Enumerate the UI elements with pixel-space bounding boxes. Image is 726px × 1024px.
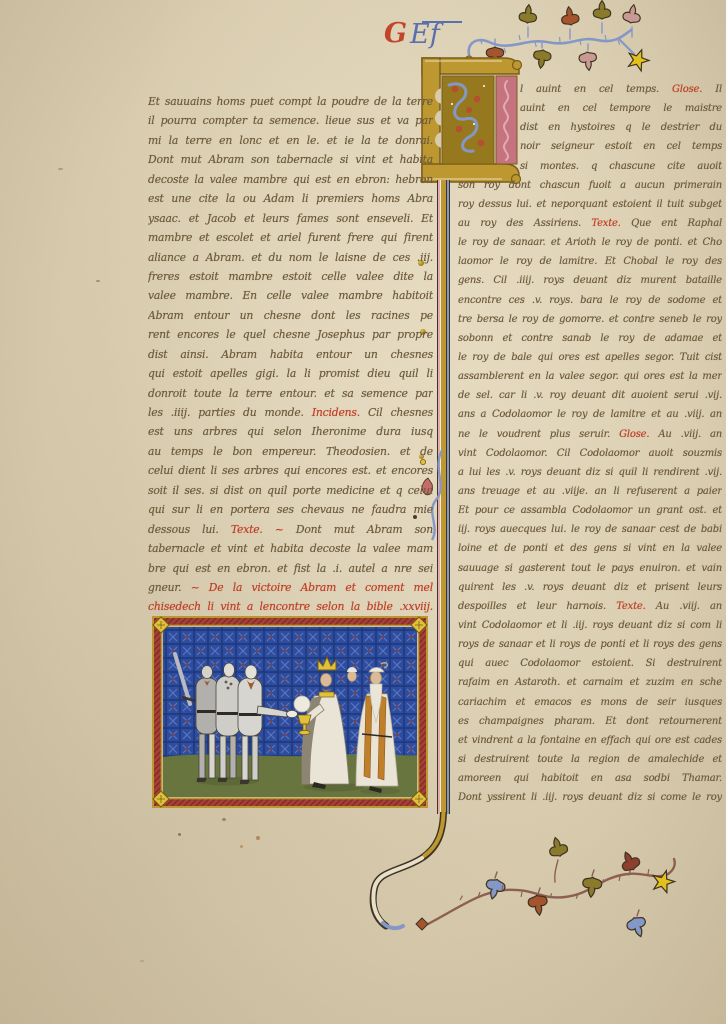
text-line: rafaim en Astaroth. et carnaim et zuzim … bbox=[458, 673, 722, 692]
text-segment: Et pour ce assambla Codolaomor un grant … bbox=[458, 505, 722, 520]
text-segment: Au .viij. an bbox=[649, 429, 722, 440]
ivy-leaf-icon bbox=[581, 876, 602, 898]
text-line: mi la terre en lonc et en le. et ie la t… bbox=[148, 131, 433, 150]
text-segment: le roy de bale qui ores est apelles sego… bbox=[458, 352, 722, 363]
ivy-leaf-icon bbox=[546, 835, 568, 858]
text-line: loine et de ponti et des gens si vint en… bbox=[458, 539, 722, 558]
rubric-segment: Texte. bbox=[591, 218, 620, 229]
text-line: il pourra compter ta semence. lieue sus … bbox=[148, 111, 433, 130]
text-line: est uns arbres qui selon Iheronime dura … bbox=[148, 422, 433, 441]
text-line: Et pour ce assambla Codolaomor un grant … bbox=[458, 501, 722, 520]
text-line: roy dessus lui. et neporquant estoient i… bbox=[458, 195, 722, 214]
text-line: gens. Cil .iiij. roys deuant diz murent … bbox=[458, 271, 722, 290]
parchment-speck bbox=[178, 833, 181, 836]
text-line: decoste la valee mambre qui est en ebron… bbox=[148, 170, 433, 189]
text-segment: est uns arbres qui selon Iheronime dura … bbox=[148, 425, 433, 438]
text-line: mambre et escolet et ariel furent frere … bbox=[148, 228, 433, 247]
thorn-tick bbox=[602, 879, 604, 884]
parchment-speck bbox=[140, 960, 144, 962]
text-segment: roys de sanaar et li roys de ponti et li… bbox=[458, 639, 722, 650]
text-line: vint Codolaomor. Cil Codolaomor auoit so… bbox=[458, 444, 722, 463]
text-segment: es champaignes pharam. Et dont retourner… bbox=[458, 716, 722, 727]
text-line: celui dient li ses arbres qui encores es… bbox=[148, 461, 433, 480]
text-line: sauuage si gasterent tout le pays enuiro… bbox=[458, 559, 722, 578]
text-segment: mambre et escolet et ariel furent frere … bbox=[148, 231, 433, 244]
text-segment: dist en hystoires q le destrier du bbox=[520, 122, 722, 133]
text-segment: valee mambre. En celle valee mambre habi… bbox=[148, 289, 433, 302]
text-segment: roy dessus lui. et neporquant estoient i… bbox=[458, 199, 722, 210]
vine-stem bbox=[373, 858, 422, 923]
thorn-tick bbox=[504, 48, 506, 53]
text-segment: gneur. bbox=[148, 581, 191, 594]
ivy-leaf-icon bbox=[532, 49, 552, 70]
text-segment: amoreen qui habitoit en asa sodbi Thamar… bbox=[458, 773, 722, 784]
text-line: es champaignes pharam. Et dont retourner… bbox=[458, 712, 722, 731]
text-line: dist en hystoires q le destrier du bbox=[458, 118, 722, 137]
text-segment: noir seigneur estoit en cel temps bbox=[520, 141, 722, 152]
text-line: qui auec Codolaomor estoient. Si destrui… bbox=[458, 654, 722, 673]
text-segment: ysaac. et Jacob et leurs fames sont ense… bbox=[148, 212, 433, 225]
ivy-leaf-icon bbox=[560, 6, 580, 27]
text-segment: est une cite la ou Adam li premiers homs… bbox=[148, 192, 433, 205]
text-segment: vint Codolaomor et li .iij. roys deuant … bbox=[458, 620, 722, 631]
text-line: a lui les .v. roys deuant diz si quil li… bbox=[458, 463, 722, 482]
text-segment: cariachim et emacos es mons de seir iusq… bbox=[458, 697, 722, 708]
text-segment: les .iiij. parties du monde. bbox=[148, 406, 312, 419]
text-segment: qui auec Codolaomor estoient. Si destrui… bbox=[458, 658, 722, 669]
text-line: dessous lui. Texte. ~ Dont mut Abram son bbox=[148, 520, 433, 539]
text-segment: freres estoit mambre estoit celle valee … bbox=[148, 270, 433, 283]
text-segment: qui estoit apelles gigi. la li promist d… bbox=[148, 367, 433, 380]
text-column-right: l auint en cel temps. Glose. Ilauint en … bbox=[458, 80, 722, 807]
text-line: cariachim et emacos es mons de seir iusq… bbox=[458, 693, 722, 712]
ivy-leaf-icon bbox=[527, 894, 548, 916]
text-segment: au temps le bon empereur. Theodosien. et… bbox=[148, 445, 433, 458]
thorn-tick bbox=[605, 35, 606, 40]
text-segment: dessous lui. bbox=[148, 523, 231, 536]
text-line: freres estoit mambre estoit celle valee … bbox=[148, 267, 433, 286]
text-line: est une cite la ou Adam li premiers homs… bbox=[148, 189, 433, 208]
ivy-leaf-icon bbox=[519, 4, 538, 24]
rubric-segment: Glose. bbox=[672, 84, 702, 95]
text-line: laomor le roy de lamitre. Et Chobal le r… bbox=[458, 252, 722, 271]
text-line: chisedech li vint a lencontre selon la b… bbox=[148, 597, 433, 616]
text-segment: son roy dont chascun fuoit a aucun prime… bbox=[458, 180, 722, 191]
text-segment: assamblerent en la valee segor. qui ores… bbox=[458, 371, 722, 382]
text-line: si montes. q chascune cite auoit bbox=[458, 157, 722, 176]
parchment-speck bbox=[640, 320, 643, 323]
text-line: si destruirent toute la region de amalec… bbox=[458, 750, 722, 769]
text-line: noir seigneur estoit en cel temps bbox=[458, 137, 722, 156]
text-line: tabernacle et vint et habita decoste la … bbox=[148, 539, 433, 558]
vine-stem bbox=[637, 910, 639, 916]
text-segment: iij. roys auecques lui. le roy de sanaar… bbox=[458, 524, 722, 535]
text-segment: ans treuage et au .viije. an li refusere… bbox=[458, 486, 722, 497]
text-line: ne le voudrent plus seruir. Glose. Au .v… bbox=[458, 425, 722, 444]
text-line: iij. roys auecques lui. le roy de sanaar… bbox=[458, 520, 722, 539]
text-line: ysaac. et Jacob et leurs fames sont ense… bbox=[148, 209, 433, 228]
text-segment: a lui les .v. roys deuant diz si quil li… bbox=[458, 467, 722, 478]
parchment-speck bbox=[256, 836, 260, 840]
text-line: donroit toute la terre entour. et sa sem… bbox=[148, 384, 433, 403]
text-line: et vindrent a la fontaine en effach qui … bbox=[458, 731, 722, 750]
text-segment: qui sur li en portera ses chevaus ne fau… bbox=[148, 503, 433, 516]
text-segment: laomor le roy de lamitre. Et Chobal le r… bbox=[458, 256, 722, 267]
text-segment: Il bbox=[702, 84, 722, 95]
text-segment: au roy des Assiriens. bbox=[458, 218, 591, 229]
ivy-leaf-icon bbox=[625, 915, 650, 940]
text-segment: decoste la valee mambre qui est en ebron… bbox=[148, 173, 433, 186]
bottom-vine-decoration bbox=[330, 812, 726, 972]
text-line: roys de sanaar et li roys de ponti et li… bbox=[458, 635, 722, 654]
attendant-head bbox=[347, 667, 357, 682]
text-segment: tabernacle et vint et habita decoste la … bbox=[148, 542, 433, 555]
text-line: qui sur li en portera ses chevaus ne fau… bbox=[148, 500, 433, 519]
thorn-tick bbox=[519, 35, 520, 40]
glove bbox=[287, 710, 298, 717]
text-segment: loine et de ponti et des gens si vint en… bbox=[458, 543, 722, 554]
vine-stem bbox=[538, 888, 540, 894]
text-line: dist ainsi. Abram habita entour un chesn… bbox=[148, 345, 433, 364]
vine-stem bbox=[495, 872, 497, 878]
rubric-segment: chisedech li vint a lencontre selon la b… bbox=[148, 600, 433, 613]
text-segment: Abram entour un chesne dont les racines … bbox=[148, 309, 433, 322]
text-segment: aliance a Abram. et du nom le laisne de … bbox=[148, 251, 433, 264]
text-segment: si destruirent toute la region de amalec… bbox=[458, 754, 722, 765]
text-segment: donroit toute la terre entour. et sa sem… bbox=[148, 387, 433, 400]
text-line: Abram entour un chesne dont les racines … bbox=[148, 306, 433, 325]
text-line: assamblerent en la valee segor. qui ores… bbox=[458, 367, 722, 386]
ivy-leaf-icon bbox=[593, 1, 610, 19]
text-line: bre qui est en ebron. et fist la .i. aut… bbox=[148, 559, 433, 578]
text-line: Dont yssirent li .iij. roys deuant diz s… bbox=[458, 788, 722, 807]
text-line: valee mambre. En celle valee mambre habi… bbox=[148, 286, 433, 305]
text-line: ans treuage et au .viije. an li refusere… bbox=[458, 482, 722, 501]
text-segment: il pourra compter ta semence. lieue sus … bbox=[148, 114, 433, 127]
text-line: vint Codolaomor et li .iij. roys deuant … bbox=[458, 616, 722, 635]
text-segment: dist ainsi. Abram habita entour un chesn… bbox=[148, 348, 433, 361]
text-segment: quirent les .v. roys deuant diz et prise… bbox=[458, 582, 722, 593]
text-segment: de sel. car li .v. roy deuant dit auoien… bbox=[458, 390, 722, 401]
text-line: encontre ces .v. roys. bara le roy de so… bbox=[458, 291, 722, 310]
thorn-tick bbox=[521, 892, 522, 897]
rubric-segment: Texte. ~ bbox=[231, 523, 284, 536]
text-line: le roy de sanaar. et Arioth le roy de po… bbox=[458, 233, 722, 252]
thorn-tick bbox=[502, 885, 503, 890]
text-line: soit il ses. si dist on quil porte medic… bbox=[148, 481, 433, 500]
thorn-tick bbox=[619, 876, 620, 881]
text-line: quirent les .v. roys deuant diz et prise… bbox=[458, 578, 722, 597]
parchment-speck bbox=[58, 168, 63, 170]
thorn-tick bbox=[460, 896, 463, 900]
parchment-speck bbox=[222, 818, 226, 821]
text-segment: soit il ses. si dist on quil porte medic… bbox=[148, 484, 433, 497]
text-segment: Dont mut Abram son bbox=[284, 523, 433, 536]
text-segment: auint en cel tempore le maistre bbox=[520, 103, 722, 114]
bread-icon bbox=[294, 696, 310, 712]
text-segment: mi la terre en lonc et en le. et ie la t… bbox=[148, 134, 433, 147]
thorn-tick bbox=[648, 869, 649, 874]
manuscript-page: G Ef bbox=[0, 0, 726, 1024]
text-segment: ans a Codolaomor le roy de lamitre et au… bbox=[458, 409, 722, 420]
text-segment: si montes. q chascune cite auoit bbox=[520, 161, 722, 172]
text-line: gneur. ~ De la victoire Abram et coment … bbox=[148, 578, 433, 597]
text-segment: Au .viij. an bbox=[646, 601, 722, 612]
text-segment: tre bersa le roy de gomorre. et contre s… bbox=[458, 314, 722, 329]
text-segment: bre qui est en ebron. et fist la .i. aut… bbox=[148, 562, 433, 575]
text-segment: rent encores le quel chesne Josephus par… bbox=[148, 328, 433, 344]
text-line: amoreen qui habitoit en asa sodbi Thamar… bbox=[458, 769, 722, 788]
text-segment: sauuage si gasterent tout le pays enuiro… bbox=[458, 563, 722, 574]
text-segment: vint Codolaomor. Cil Codolaomor auoit so… bbox=[458, 448, 722, 459]
parchment-speck bbox=[96, 280, 100, 282]
text-line: au temps le bon empereur. Theodosien. et… bbox=[148, 442, 433, 461]
vine-stem bbox=[592, 870, 594, 876]
text-line: de sel. car li .v. roy deuant dit auoien… bbox=[458, 386, 722, 405]
text-line: sobonn et contre sanab le roy de adamae … bbox=[458, 329, 722, 348]
ivy-leaf-icon bbox=[617, 848, 642, 873]
text-line: les .iiij. parties du monde. Incidens. C… bbox=[148, 403, 433, 422]
text-line: ans a Codolaomor le roy de lamitre et au… bbox=[458, 405, 722, 424]
ivy-leaf-icon bbox=[622, 3, 642, 24]
vine-bud-icon bbox=[416, 918, 428, 930]
star-leaf-icon bbox=[649, 869, 677, 896]
text-segment: Dont mut Abram son tabernacle si vint et… bbox=[148, 153, 433, 166]
rubric-segment: Incidens. bbox=[312, 406, 360, 419]
rubric-segment: ~ De la victoire Abram et coment mel bbox=[191, 581, 433, 594]
quire-mark-red-letter: G bbox=[384, 18, 407, 49]
text-column-left: Et sauuains homs puet compt la poudre de… bbox=[148, 92, 433, 617]
text-line: despoilles et leur harnois. Texte. Au .v… bbox=[458, 597, 722, 616]
text-segment: Et sauuains homs puet compt la poudre de… bbox=[148, 95, 433, 108]
rubric-segment: Glose. bbox=[619, 429, 649, 440]
text-line: auint en cel tempore le maistre bbox=[458, 99, 722, 118]
text-line: Et sauuains homs puet compt la poudre de… bbox=[148, 92, 433, 111]
miniature bbox=[152, 616, 428, 808]
text-line: aliance a Abram. et du nom le laisne de … bbox=[148, 248, 433, 267]
rubric-segment: Texte. bbox=[616, 601, 645, 612]
text-segment: rafaim en Astaroth. et carnaim et zuzim … bbox=[458, 677, 722, 688]
text-line: Dont mut Abram son tabernacle si vint et… bbox=[148, 150, 433, 169]
vine-stem bbox=[620, 40, 634, 54]
text-segment: encontre ces .v. roys. bara le roy de so… bbox=[458, 295, 722, 310]
text-line: tre bersa le roy de gomorre. et contre s… bbox=[458, 310, 722, 329]
text-segment: Que ent Raphal bbox=[621, 218, 722, 229]
text-segment: Cil chesnes bbox=[360, 406, 433, 419]
vine-stem bbox=[555, 860, 558, 882]
text-line: son roy dont chascun fuoit a aucun prime… bbox=[458, 176, 722, 195]
thorn-tick bbox=[580, 40, 581, 45]
parchment-speck bbox=[240, 845, 243, 848]
ivy-leaf-icon bbox=[483, 877, 506, 901]
text-line: qui estoit apelles gigi. la li promist d… bbox=[148, 364, 433, 383]
text-segment: despoilles et leur harnois. bbox=[458, 601, 616, 612]
text-line: le roy de bale qui ores est apelles sego… bbox=[458, 348, 722, 367]
vine-stem bbox=[373, 812, 443, 926]
text-line: rent encores le quel chesne Josephus par… bbox=[148, 325, 433, 344]
text-segment: et vindrent a la fontaine en effach qui … bbox=[458, 735, 722, 746]
text-segment: Dont yssirent li .iij. roys deuant diz s… bbox=[458, 792, 722, 803]
vine-stem bbox=[383, 923, 403, 928]
text-segment: le roy de sanaar. et Arioth le roy de po… bbox=[458, 237, 722, 248]
text-line: au roy des Assiriens. Texte. Que ent Rap… bbox=[458, 214, 722, 233]
text-segment: sobonn et contre sanab le roy de adamae … bbox=[458, 333, 722, 348]
text-segment: gens. Cil .iiij. roys deuant diz murent … bbox=[458, 275, 722, 286]
text-segment: l auint en cel temps. bbox=[520, 84, 672, 95]
text-segment: ne le voudrent plus seruir. bbox=[458, 429, 619, 440]
ivy-leaf-icon bbox=[579, 51, 598, 71]
text-segment: celui dient li ses arbres qui encores es… bbox=[148, 464, 433, 477]
text-line: l auint en cel temps. Glose. Il bbox=[458, 80, 722, 99]
